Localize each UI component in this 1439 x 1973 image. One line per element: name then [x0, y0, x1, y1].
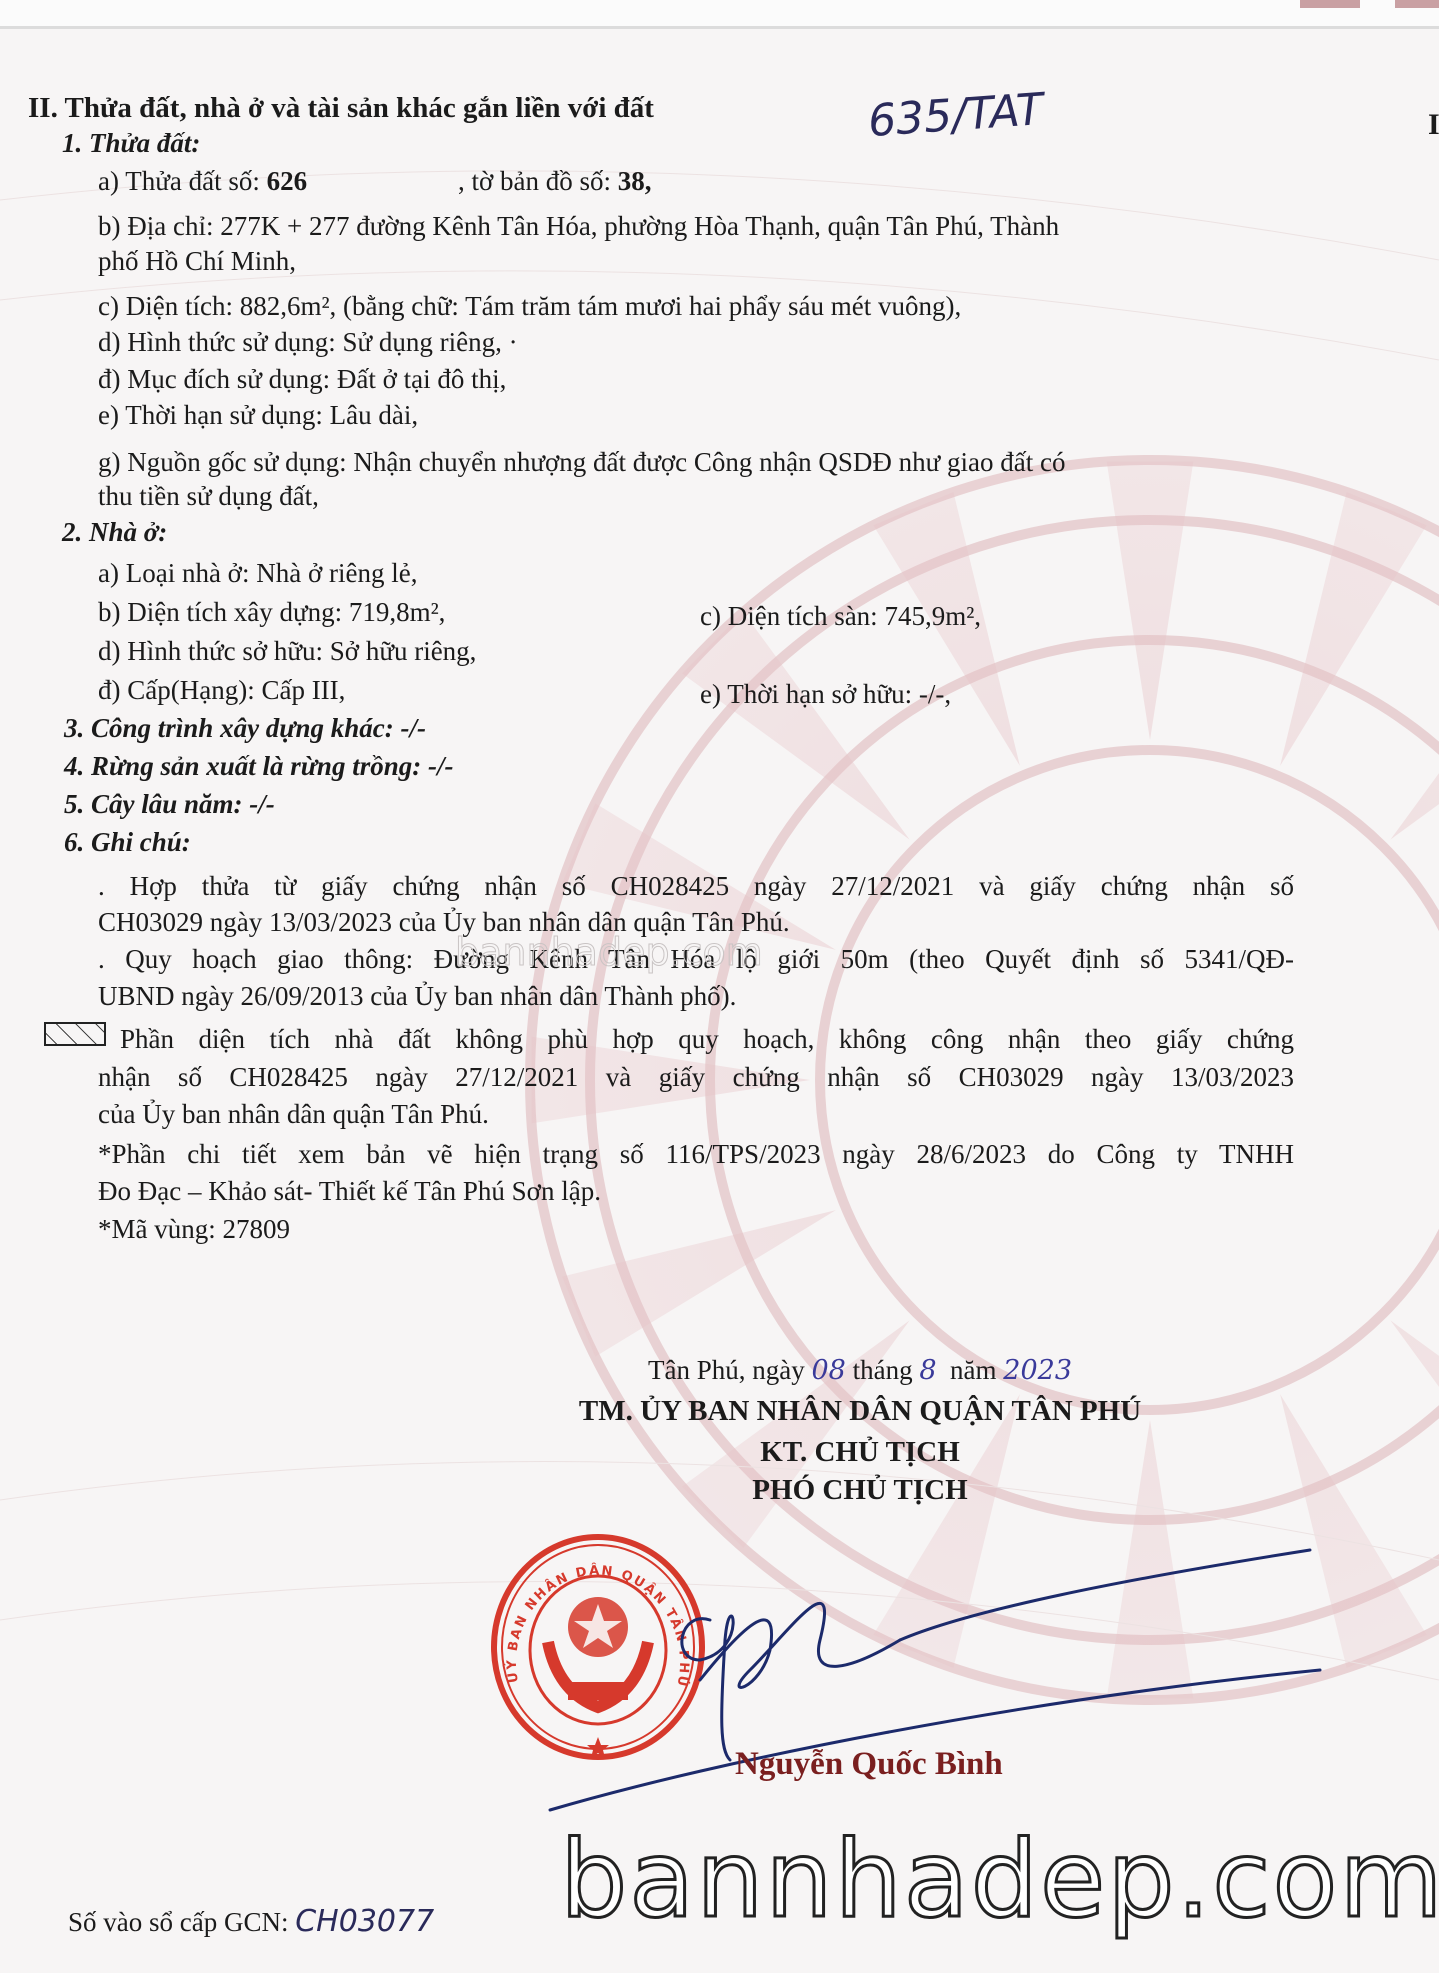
ownership-term-line: e) Thời hạn sở hữu: -/-,: [700, 678, 951, 710]
role-title: KT. CHỦ TỊCH: [540, 1436, 1180, 1468]
handwritten-reference: 635/TAT: [867, 94, 1044, 138]
address-line: b) Địa chỉ: 277K + 277 đường Kênh Tân Hó…: [98, 210, 1059, 242]
map-sheet-row: , tờ bản đồ số: 38,: [458, 165, 652, 197]
house-heading: 2. Nhà ở:: [62, 516, 167, 548]
use-purpose-line: đ) Mục đích sử dụng: Đất ở tại đô thị,: [98, 363, 506, 395]
registry-number: CH03077: [295, 1904, 434, 1939]
issue-place: Tân Phú, ngày: [648, 1355, 805, 1385]
registry-label: Số vào sổ cấp GCN:: [68, 1907, 288, 1937]
grade-line: đ) Cấp(Hạng): Cấp III,: [98, 674, 345, 706]
registry-row: Số vào sổ cấp GCN: CH03077: [68, 1906, 434, 1938]
note-hatched-line: Phần diện tích nhà đất không phù hợp quy…: [120, 1023, 1294, 1055]
note-detail-line: *Phần chi tiết xem bản vẽ hiện trạng số …: [98, 1138, 1294, 1170]
built-area-line: b) Diện tích xây dựng: 719,8m²,: [98, 596, 445, 628]
issue-day: 08: [811, 1355, 845, 1386]
note-hatched-line: của Ủy ban nhân dân quận Tân Phú.: [98, 1098, 489, 1130]
origin-line: thu tiền sử dụng đất,: [98, 480, 319, 512]
perennial-trees-line: 5. Cây lâu năm: -/-: [64, 788, 275, 820]
land-heading: 1. Thửa đất:: [62, 127, 200, 159]
hatched-area-legend-icon: [44, 1022, 106, 1046]
notes-heading: 6. Ghi chú:: [64, 826, 191, 858]
issue-month-label: tháng: [853, 1355, 913, 1385]
note-detail-line: Đo Đạc – Khảo sát- Thiết kế Tân Phú Sơn …: [98, 1175, 601, 1207]
map-sheet-label: , tờ bản đồ số:: [458, 166, 611, 196]
other-construction-line: 3. Công trình xây dựng khác: -/-: [64, 712, 426, 744]
area-line: c) Diện tích: 882,6m², (bằng chữ: Tám tr…: [98, 290, 961, 322]
note-hatched-line: nhận số CH028425 ngày 27/12/2021 và giấy…: [98, 1061, 1294, 1093]
role-subtitle: PHÓ CHỦ TỊCH: [540, 1474, 1180, 1506]
origin-line: g) Nguồn gốc sử dụng: Nhận chuyển nhượng…: [98, 446, 1065, 478]
planted-forest-line: 4. Rừng sản xuất là rừng trồng: -/-: [64, 750, 453, 782]
floor-area-line: c) Diện tích sàn: 745,9m²,: [700, 600, 981, 632]
authority-title: TM. ỦY BAN NHÂN DÂN QUẬN TÂN PHÚ: [540, 1395, 1180, 1427]
watermark: bannhadep.com: [560, 1818, 1439, 1941]
issue-year-label: năm: [950, 1355, 997, 1385]
section-title: II. Thửa đất, nhà ở và tài sản khác gắn …: [28, 92, 654, 124]
use-form-line: d) Hình thức sử dụng: Sử dụng riêng, ·: [98, 326, 518, 358]
use-term-line: e) Thời hạn sử dụng: Lâu dài,: [98, 399, 418, 431]
zone-code-line: *Mã vùng: 27809: [98, 1213, 290, 1245]
note-merge-line: . Hợp thửa từ giấy chứng nhận số CH02842…: [98, 870, 1294, 902]
signer-name: Nguyễn Quốc Bình: [735, 1746, 1003, 1783]
map-sheet-number: 38,: [618, 166, 652, 196]
parcel-number: 626: [267, 166, 308, 196]
ownership-form-line: d) Hình thức sở hữu: Sở hữu riêng,: [98, 635, 476, 667]
note-planning-line: UBND ngày 26/09/2013 của Ủy ban nhân dân…: [98, 980, 736, 1012]
page-edge-mark: I: [1428, 108, 1439, 142]
issue-year: 2023: [1003, 1355, 1072, 1386]
parcel-label: a) Thửa đất số:: [98, 166, 260, 196]
address-line: phố Hồ Chí Minh,: [98, 245, 296, 277]
issue-date-line: Tân Phú, ngày 08 tháng 8 năm 2023: [648, 1354, 1072, 1387]
parcel-number-row: a) Thửa đất số: 626: [98, 165, 307, 197]
house-type-line: a) Loại nhà ở: Nhà ở riêng lẻ,: [98, 557, 417, 589]
faint-watermark: bannhadep.com: [455, 930, 763, 974]
issue-month: 8: [919, 1355, 936, 1386]
